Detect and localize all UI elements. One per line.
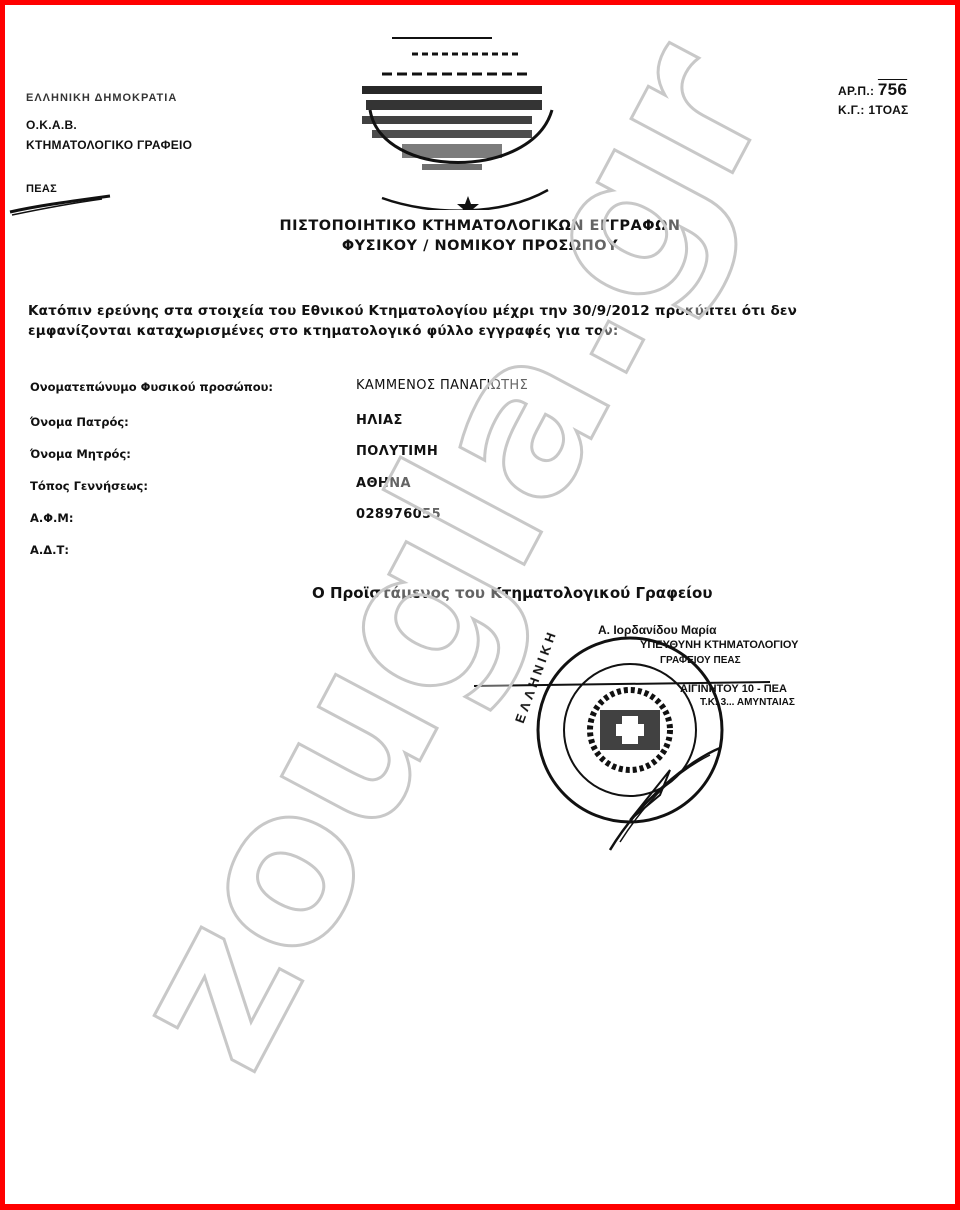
field-value-birthplace: ΑΘΗΝΑ bbox=[356, 476, 411, 491]
field-label-adt: Α.Δ.Τ: bbox=[30, 543, 69, 557]
field-value-afm: 028976055 bbox=[356, 507, 441, 522]
protocol-number: 756 bbox=[878, 80, 907, 99]
intro-line2: εμφανίζονται καταχωρισμένες στο κτηματολ… bbox=[28, 323, 618, 339]
document-title-line2: ΦΥΣΙΚΟΥ / ΝΟΜΙΚΟΥ ΠΡΟΣΩΠΟΥ bbox=[0, 238, 960, 254]
field-value-mother: ΠΟΛΥΤΙΜΗ bbox=[356, 444, 438, 459]
header-office: ΚΤΗΜΑΤΟΛΟΓΙΚΟ ΓΡΑΦΕΙΟ bbox=[26, 138, 192, 152]
stamp-signatory-name: Α. Ιορδανίδου Μαρία bbox=[598, 623, 717, 637]
field-label-afm: Α.Φ.Μ: bbox=[30, 511, 73, 525]
stamp-line3: ΓΡΑΦΕΙΟΥ ΠΕΑΣ bbox=[660, 655, 741, 666]
stamp-line5: Τ.Κ. 3... ΑΜΥΝΤΑΙΑΣ bbox=[700, 697, 795, 708]
protocol-row: ΑΡ.Π.: 756 bbox=[838, 80, 907, 100]
top-seal-emblem bbox=[352, 30, 572, 210]
intro-line1: Κατόπιν ερεύνης στα στοιχεία του Εθνικού… bbox=[28, 303, 797, 319]
header-republic: ΕΛΛΗΝΙΚΗ ΔΗΜΟΚΡΑΤΙΑ bbox=[26, 92, 177, 104]
field-value-fullname: ΚΑΜΜΕΝΟΣ ΠΑΝΑΓΙΩΤΗΣ bbox=[356, 378, 528, 393]
header-okab: Ο.Κ.Α.Β. bbox=[26, 118, 77, 132]
stamp-line4: ΑΙΓΙΝΗΤΟΥ 10 - ΠΕΑ bbox=[680, 683, 787, 695]
document-title-line1: ΠΙΣΤΟΠΟΙΗΤΙΚΟ ΚΤΗΜΑΤΟΛΟΓΙΚΩΝ ΕΓΓΡΑΦΩΝ bbox=[0, 218, 960, 234]
signature-title: Ο Προϊστάμενος του Κτηματολογικού Γραφεί… bbox=[312, 584, 712, 602]
field-label-birthplace: Τόπος Γεννήσεως: bbox=[30, 479, 148, 493]
field-label-mother: Όνομα Μητρός: bbox=[30, 447, 131, 461]
protocol-label: ΑΡ.Π.: bbox=[838, 84, 874, 98]
kg-number: 1ΤΟΑΣ bbox=[868, 103, 908, 117]
kg-label: Κ.Γ.: bbox=[838, 103, 865, 117]
stamp-line2: ΥΠΕΥΘΥΝΗ ΚΤΗΜΑΤΟΛΟΓΙΟΥ bbox=[640, 639, 799, 651]
field-label-father: Όνομα Πατρός: bbox=[30, 415, 129, 429]
kg-row: Κ.Γ.: 1ΤΟΑΣ bbox=[838, 103, 909, 117]
field-label-fullname: Ονοματεπώνυμο Φυσικού προσώπου: bbox=[30, 380, 273, 394]
handwritten-underline bbox=[6, 192, 116, 218]
field-value-father: ΗΛΙΑΣ bbox=[356, 413, 403, 428]
